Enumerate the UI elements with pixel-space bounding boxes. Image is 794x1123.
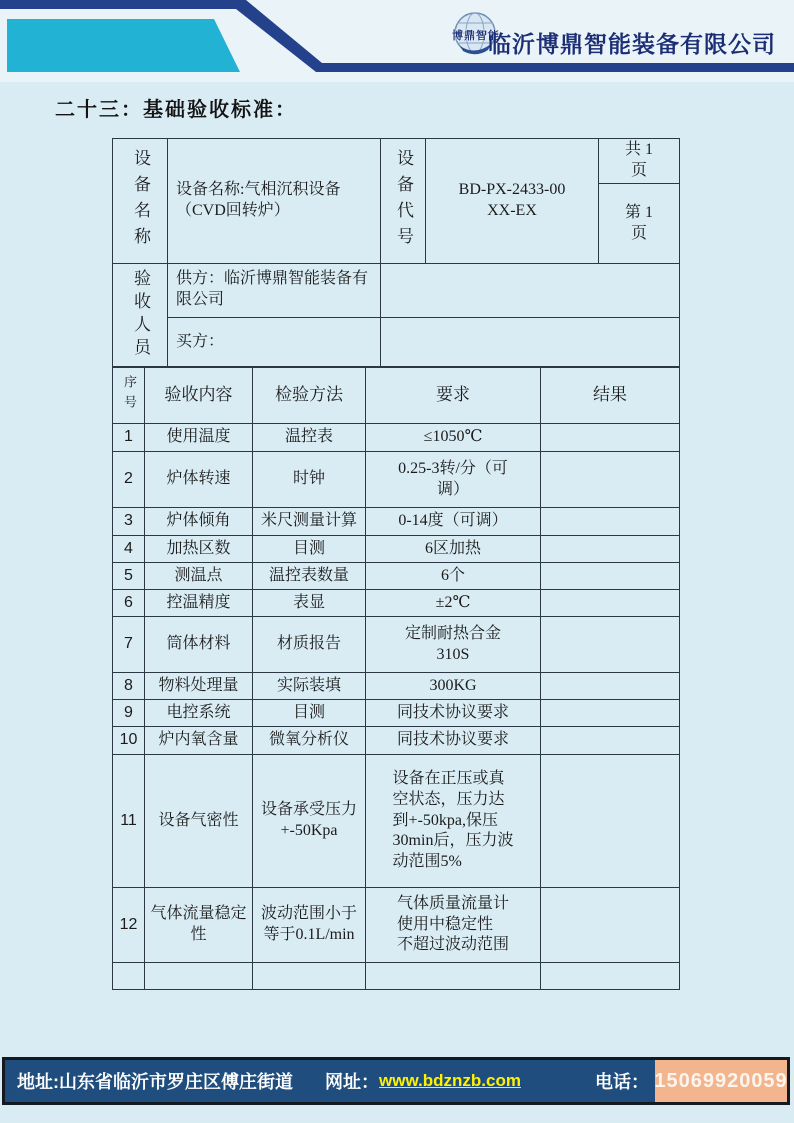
cell-no: 6 — [113, 590, 145, 617]
cell-content — [145, 963, 253, 990]
cell-req: 气体质量流量计 使用中稳定性 不超过波动范围 — [366, 888, 541, 963]
cell-method: 目测 — [253, 536, 366, 563]
cell-no: 8 — [113, 673, 145, 700]
cell-method: 实际装填 — [253, 673, 366, 700]
cell-content: 气体流量稳定性 — [145, 888, 253, 963]
page-title: 二十三：基础验收标准： — [55, 93, 297, 122]
cell-result — [541, 888, 680, 963]
cell-result — [541, 563, 680, 590]
table-row: 9电控系统目测同技术协议要求 — [113, 700, 680, 727]
cell-req: ±2℃ — [366, 590, 541, 617]
cell-method: 波动范围小于等于0.1L/min — [253, 888, 366, 963]
footer-address: 地址:山东省临沂市罗庄区傅庄街道 — [17, 1068, 293, 1094]
cell-method: 设备承受压力+-50Kpa — [253, 755, 366, 888]
cell-content: 炉体倾角 — [145, 508, 253, 536]
cell-no: 9 — [113, 700, 145, 727]
cell-method: 时钟 — [253, 452, 366, 508]
cell-content: 炉内氧含量 — [145, 727, 253, 755]
cell-content: 测温点 — [145, 563, 253, 590]
column-header: 要求 — [366, 367, 541, 424]
cell-no: 1 — [113, 424, 145, 452]
table-row: 11设备气密性设备承受压力+-50Kpa设备在正压或真 空状态，压力达 到+-5… — [113, 755, 680, 888]
company-name: 临沂博鼎智能装备有限公司 — [488, 26, 776, 59]
table-row: 10炉内氧含量微氧分析仪同技术协议要求 — [113, 727, 680, 755]
cell-content: 筒体材料 — [145, 617, 253, 673]
document-page: 博鼎智能 临沂博鼎智能装备有限公司 二十三：基础验收标准： 设备名称 设备名称:… — [0, 0, 794, 1123]
table-row: 2炉体转速时钟0.25-3转/分（可 调） — [113, 452, 680, 508]
cell-method: 表显 — [253, 590, 366, 617]
table-row: 4加热区数目测6区加热 — [113, 536, 680, 563]
cell-content: 控温精度 — [145, 590, 253, 617]
column-header: 结果 — [541, 367, 680, 424]
cell-no: 12 — [113, 888, 145, 963]
cell-req: ≤1050℃ — [366, 424, 541, 452]
cell-result — [541, 508, 680, 536]
supplier-signature-cell — [381, 263, 680, 317]
cell-result — [541, 727, 680, 755]
device-info-table: 设备名称 设备名称:气相沉积设备（CVD回转炉） 设备代号 BD-PX-2433… — [112, 138, 680, 264]
cell-req: 同技术协议要求 — [366, 700, 541, 727]
cell-no — [113, 963, 145, 990]
cell-no: 7 — [113, 617, 145, 673]
cell-no: 5 — [113, 563, 145, 590]
cell-no: 3 — [113, 508, 145, 536]
cell-req: 0-14度（可调） — [366, 508, 541, 536]
footer-website-label: 网址： — [325, 1068, 379, 1094]
cell-method: 目测 — [253, 700, 366, 727]
cell-result — [541, 673, 680, 700]
acceptance-table-group: 设备名称 设备名称:气相沉积设备（CVD回转炉） 设备代号 BD-PX-2433… — [112, 138, 679, 990]
items-header-row: 序号验收内容检验方法要求结果 — [113, 367, 680, 424]
table-row: 6控温精度表显±2℃ — [113, 590, 680, 617]
cell-result — [541, 617, 680, 673]
column-header: 序号 — [113, 367, 145, 424]
cell-method: 温控表 — [253, 424, 366, 452]
page-number-cell: 第 1 页 — [599, 184, 680, 264]
acceptance-staff-label: 验收人员 — [113, 263, 168, 367]
cell-content: 物料处理量 — [145, 673, 253, 700]
cell-req: 6个 — [366, 563, 541, 590]
cell-content: 电控系统 — [145, 700, 253, 727]
cell-method: 米尺测量计算 — [253, 508, 366, 536]
cell-method — [253, 963, 366, 990]
column-header: 验收内容 — [145, 367, 253, 424]
acceptance-staff-table: 验收人员 供方：临沂博鼎智能装备有 限公司 买方： — [112, 263, 680, 368]
table-row: 5测温点温控表数量6个 — [113, 563, 680, 590]
footer-website-link[interactable]: www.bdznzb.com — [379, 1071, 521, 1091]
cell-result — [541, 590, 680, 617]
table-row: 3炉体倾角米尺测量计算0-14度（可调） — [113, 508, 680, 536]
cell-req: 定制耐热合金 310S — [366, 617, 541, 673]
buyer-cell: 买方： — [168, 317, 381, 367]
cell-content: 加热区数 — [145, 536, 253, 563]
buyer-signature-cell — [381, 317, 680, 367]
supplier-cell: 供方：临沂博鼎智能装备有 限公司 — [168, 263, 381, 317]
cell-result — [541, 424, 680, 452]
footer-bar: 地址:山东省临沂市罗庄区傅庄街道 网址： www.bdznzb.com 电话： … — [2, 1057, 790, 1105]
table-row: 8物料处理量实际装填300KG — [113, 673, 680, 700]
device-name-value: 设备名称:气相沉积设备（CVD回转炉） — [168, 139, 381, 264]
table-row: 12气体流量稳定性波动范围小于等于0.1L/min气体质量流量计 使用中稳定性 … — [113, 888, 680, 963]
cell-method: 微氧分析仪 — [253, 727, 366, 755]
cell-no: 11 — [113, 755, 145, 888]
cell-result — [541, 700, 680, 727]
device-name-label: 设备名称 — [113, 139, 168, 264]
device-code-value: BD-PX-2433-00XX-EX — [426, 139, 599, 264]
cell-content: 炉体转速 — [145, 452, 253, 508]
cell-content: 设备气密性 — [145, 755, 253, 888]
cell-content: 使用温度 — [145, 424, 253, 452]
table-row — [113, 963, 680, 990]
footer-phone-number: 15069920059 — [655, 1060, 787, 1102]
cyan-parallelogram-shape — [7, 19, 240, 72]
cell-method: 温控表数量 — [253, 563, 366, 590]
cell-req: 设备在正压或真 空状态，压力达 到+-50kpa,保压 30min后，压力波 动… — [366, 755, 541, 888]
acceptance-items-table: 序号验收内容检验方法要求结果1使用温度温控表≤1050℃2炉体转速时钟0.25-… — [112, 366, 680, 990]
cell-no: 10 — [113, 727, 145, 755]
cell-req: 300KG — [366, 673, 541, 700]
footer-phone-label: 电话： — [595, 1068, 649, 1094]
cell-no: 4 — [113, 536, 145, 563]
table-row: 1使用温度温控表≤1050℃ — [113, 424, 680, 452]
table-row: 7筒体材料材质报告定制耐热合金 310S — [113, 617, 680, 673]
cell-result — [541, 536, 680, 563]
cell-req: 0.25-3转/分（可 调） — [366, 452, 541, 508]
cell-result — [541, 963, 680, 990]
cell-method: 材质报告 — [253, 617, 366, 673]
cell-req: 6区加热 — [366, 536, 541, 563]
cell-result — [541, 452, 680, 508]
column-header: 检验方法 — [253, 367, 366, 424]
device-code-label: 设备代号 — [381, 139, 426, 264]
cell-req: 同技术协议要求 — [366, 727, 541, 755]
cell-req — [366, 963, 541, 990]
cell-result — [541, 755, 680, 888]
cell-no: 2 — [113, 452, 145, 508]
pages-total-cell: 共 1 页 — [599, 139, 680, 184]
